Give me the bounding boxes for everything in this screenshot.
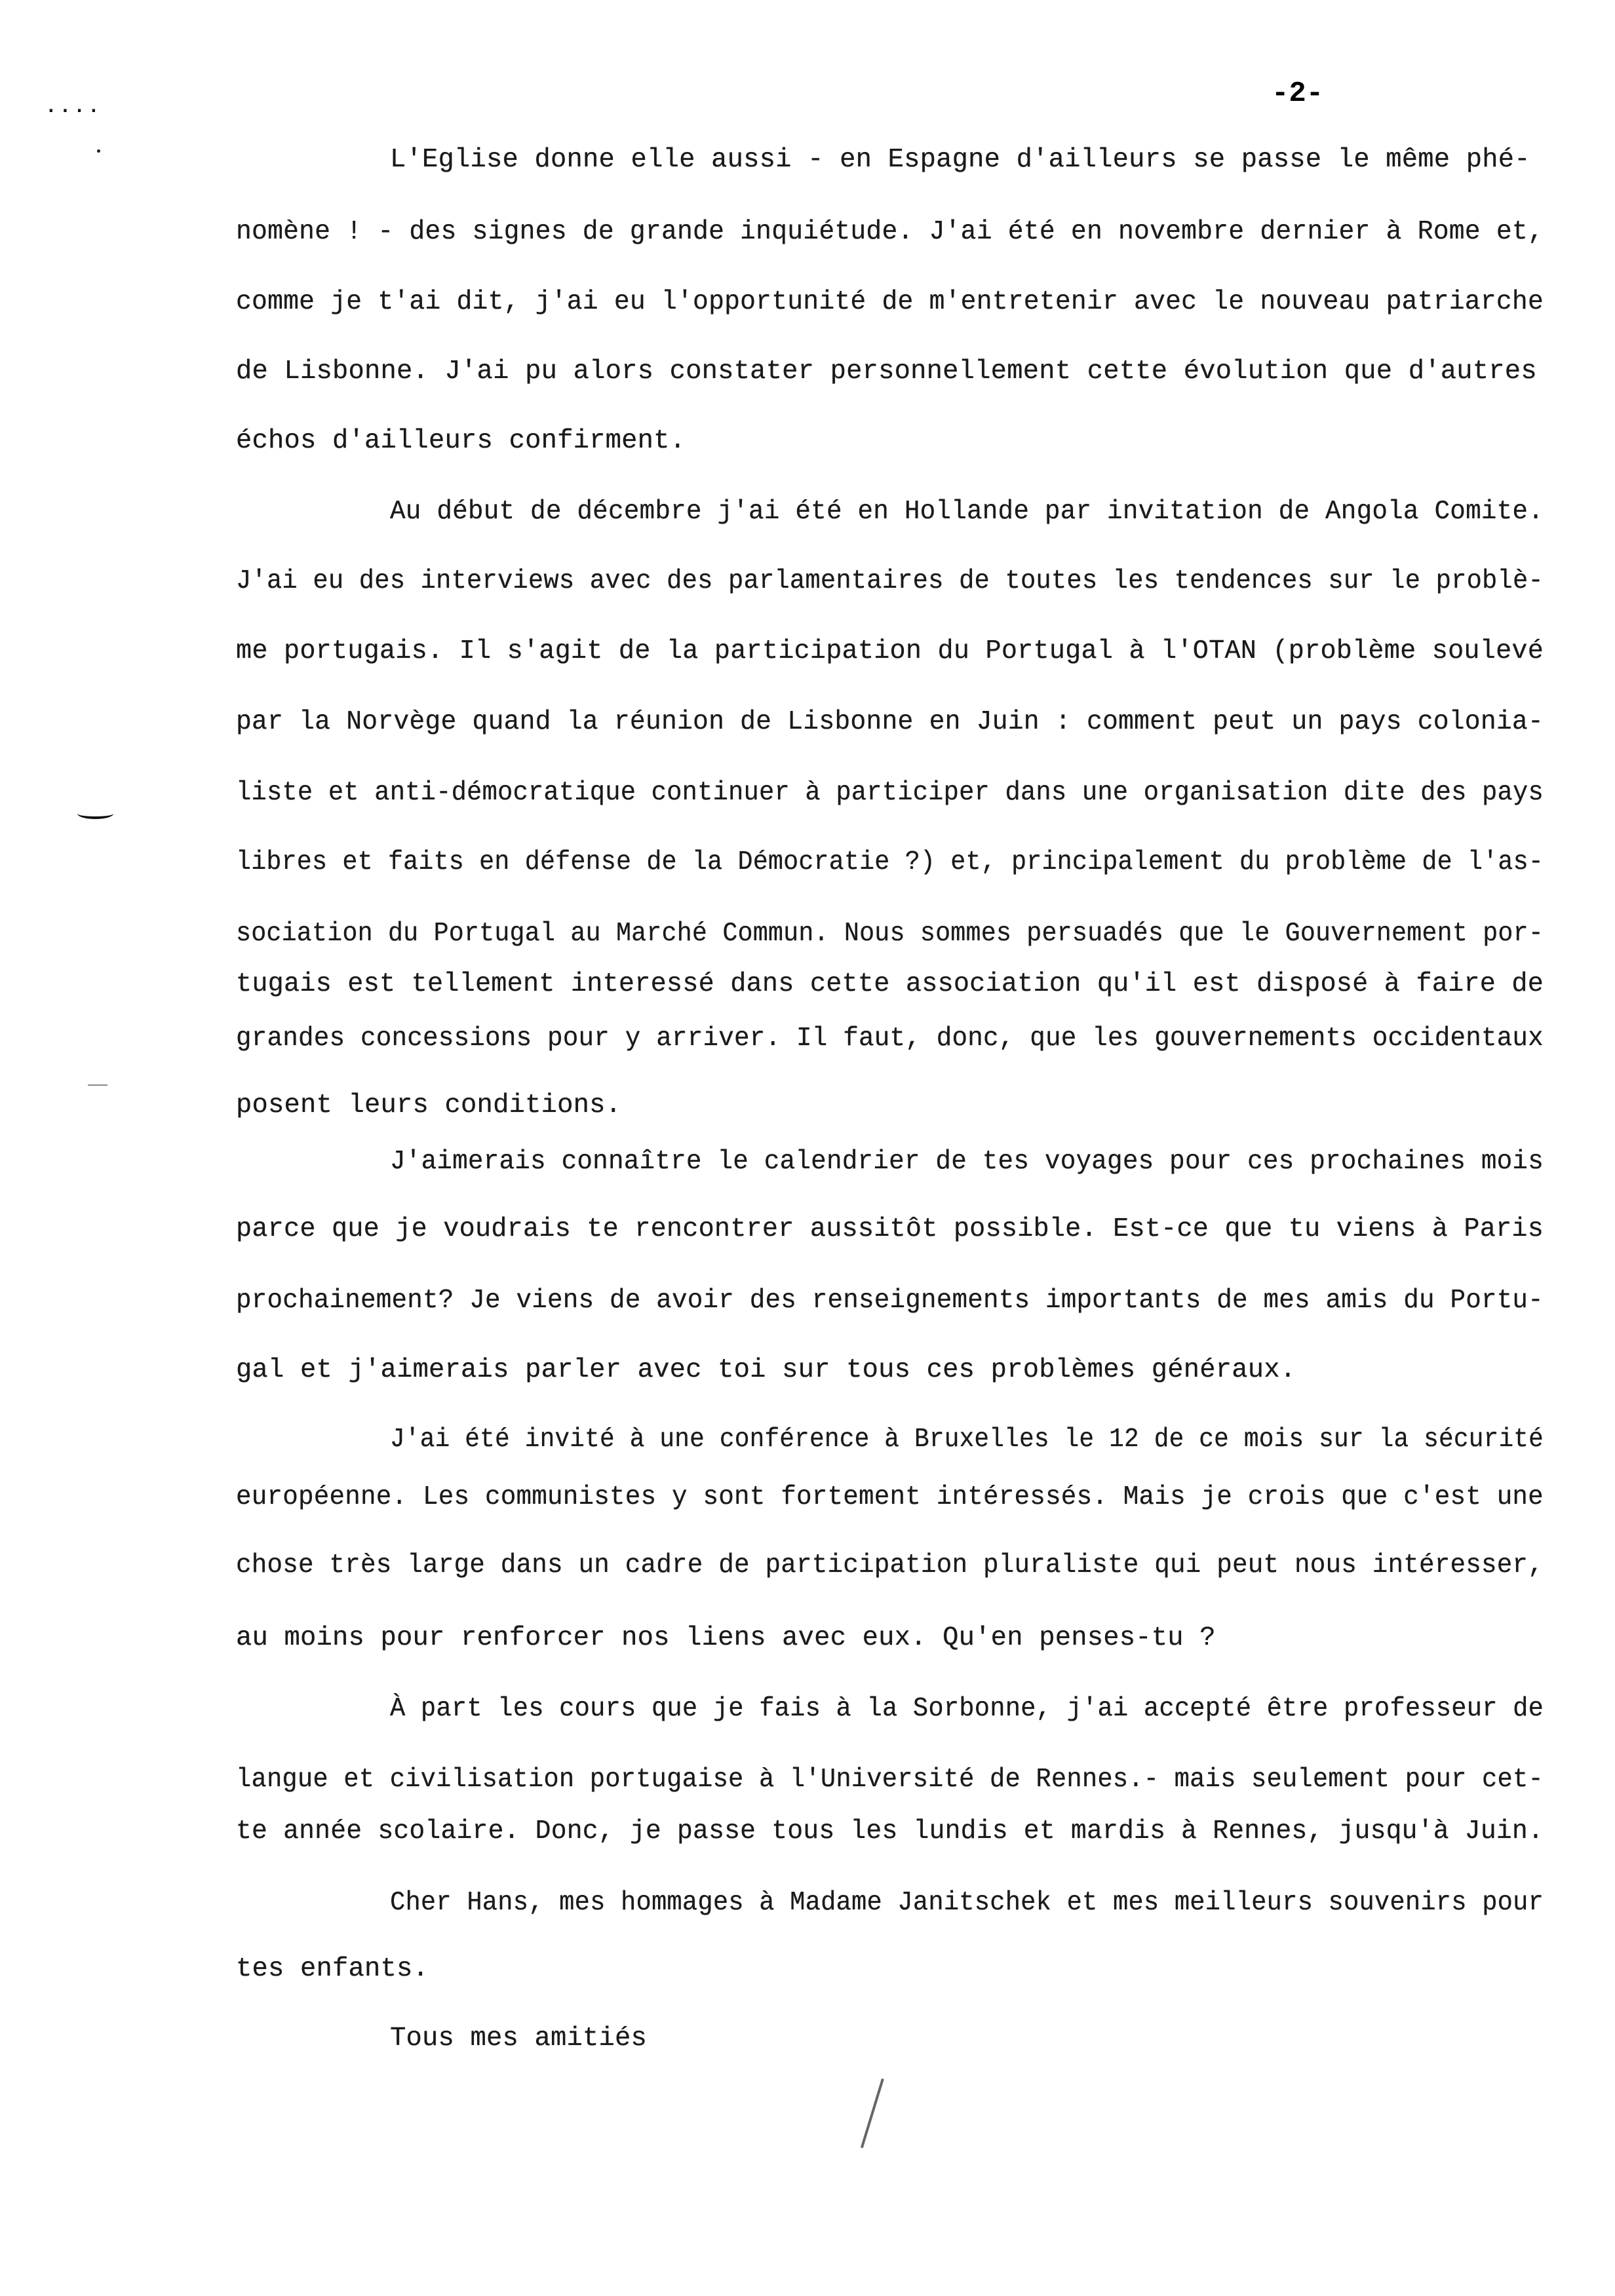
text-line: grandes concessions pour y arriver. Il f…	[236, 1023, 1544, 1054]
text-line: tes enfants.	[236, 1953, 429, 1985]
text-line: parce que je voudrais te rencontrer auss…	[236, 1214, 1544, 1245]
text-line: libres et faits en défense de la Démocra…	[236, 847, 1544, 878]
text-line: gal et j'aimerais parler avec toi sur to…	[236, 1354, 1296, 1386]
text-line: par la Norvège quand la réunion de Lisbo…	[236, 706, 1544, 738]
text-line: échos d'ailleurs confirment.	[236, 425, 686, 457]
text-line: au moins pour renforcer nos liens avec e…	[236, 1622, 1216, 1654]
text-line: J'ai eu des interviews avec des parlamen…	[236, 565, 1544, 597]
text-line: Cher Hans, mes hommages à Madame Janitsc…	[390, 1887, 1544, 1919]
margin-marks: ....	[46, 97, 103, 117]
signature-stroke	[861, 2078, 884, 2148]
text-line: sociation du Portugal au Marché Commun. …	[236, 918, 1544, 949]
text-line: Tous mes amitiés	[390, 2023, 647, 2054]
text-line: J'ai été invité à une conférence à Bruxe…	[390, 1424, 1544, 1455]
text-line: te année scolaire. Donc, je passe tous l…	[236, 1816, 1544, 1847]
page-number: -2-	[1272, 77, 1323, 110]
text-line: me portugais. Il s'agit de la participat…	[236, 636, 1544, 667]
text-line: nomène ! - des signes de grande inquiétu…	[236, 216, 1544, 248]
text-line: Au début de décembre j'ai été en Holland…	[390, 496, 1544, 527]
text-line: tugais est tellement interessé dans cett…	[236, 968, 1544, 1000]
text-line: L'Eglise donne elle aussi - en Espagne d…	[390, 144, 1530, 176]
text-line: À part les cours que je fais à la Sorbon…	[390, 1693, 1544, 1725]
text-line: liste et anti-démocratique continuer à p…	[236, 777, 1544, 809]
text-line: comme je t'ai dit, j'ai eu l'opportunité…	[236, 286, 1544, 318]
text-line: de Lisbonne. J'ai pu alors constater per…	[236, 356, 1537, 387]
text-line: J'aimerais connaître le calendrier de te…	[390, 1146, 1544, 1177]
letter-page: .... -2- L'Eglise donne elle aussi - en …	[0, 0, 1615, 2296]
text-line: européenne. Les communistes y sont forte…	[236, 1482, 1544, 1513]
margin-dot	[97, 149, 100, 153]
text-line: posent leurs conditions.	[236, 1090, 621, 1121]
text-line: prochainement? Je viens de avoir des ren…	[236, 1285, 1544, 1316]
margin-pen-stroke	[77, 807, 113, 819]
text-line: chose très large dans un cadre de partic…	[236, 1550, 1544, 1581]
margin-faint-stroke	[88, 1084, 107, 1086]
text-line: langue et civilisation portugaise à l'Un…	[236, 1764, 1544, 1795]
